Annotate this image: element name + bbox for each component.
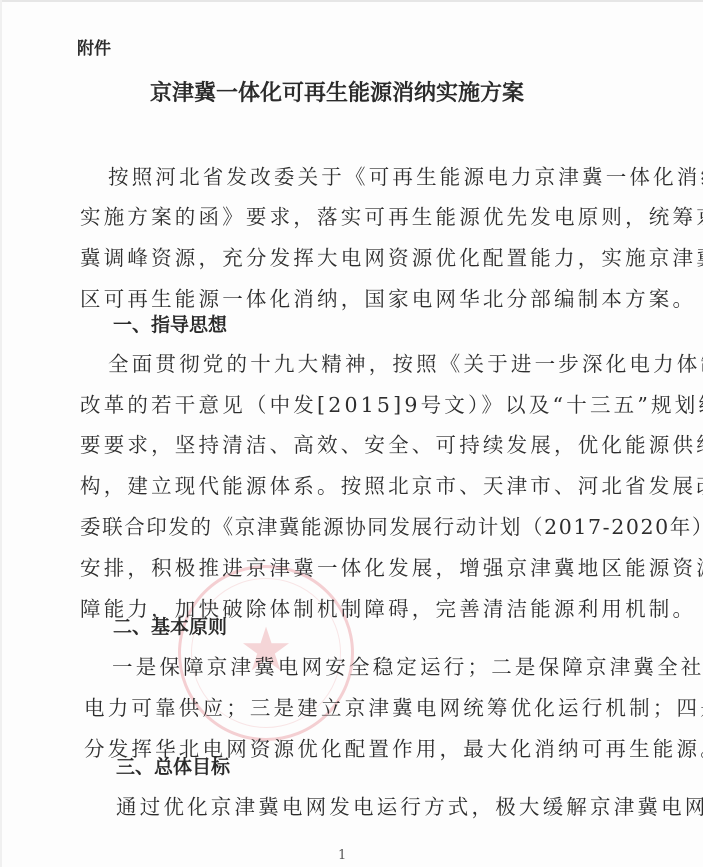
page-top-edge — [0, 0, 703, 2]
paragraph-line: 通过优化京津冀电网发电运行方式，极大缓解京津冀电网调 — [116, 790, 646, 820]
section-heading: 三、总体目标 — [116, 752, 230, 779]
paragraph-line: 按照河北省发改委关于《可再生能源电力京津冀一体化消纳 — [108, 160, 638, 190]
paragraph-line: 要要求，坚持清洁、高效、安全、可持续发展，优化能源供给结 — [80, 428, 610, 458]
section-heading: 二、基本原则 — [113, 612, 227, 639]
paragraph-line: 安排，积极推进京津冀一体化发展，增强京津冀地区能源资源保 — [80, 551, 610, 581]
page-left-edge — [0, 0, 2, 867]
page-number: 1 — [338, 848, 346, 863]
paragraph-line: 构，建立现代能源体系。按照北京市、天津市、河北省发展改革 — [80, 469, 610, 499]
paragraph-line: 区可再生能源一体化消纳，国家电网华北分部编制本方案。 — [80, 282, 610, 312]
paragraph-line: 全面贯彻党的十九大精神，按照《关于进一步深化电力体制 — [108, 347, 638, 377]
section-heading: 一、指导思想 — [113, 310, 227, 337]
paragraph-line: 电力可靠供应；三是建立京津冀电网统筹优化运行机制；四是充 — [84, 691, 614, 721]
document-title: 京津冀一体化可再生能源消纳实施方案 — [150, 76, 430, 107]
paragraph-line: 改革的若干意见（中发[2015]9号文）》以及“十三五”规划纲 — [80, 388, 610, 418]
paragraph-line: 一是保障京津冀电网安全稳定运行；二是保障京津冀全社会 — [112, 650, 642, 680]
paragraph-line: 冀调峰资源，充分发挥大电网资源优化配置能力，实施京津冀地 — [80, 241, 610, 271]
attachment-label: 附件 — [77, 34, 111, 59]
paragraph-line: 委联合印发的《京津冀能源协同发展行动计划（2017-2020年）》 — [80, 510, 610, 540]
paragraph-line: 实施方案的函》要求，落实可再生能源优先发电原则，统筹京津 — [80, 200, 610, 230]
